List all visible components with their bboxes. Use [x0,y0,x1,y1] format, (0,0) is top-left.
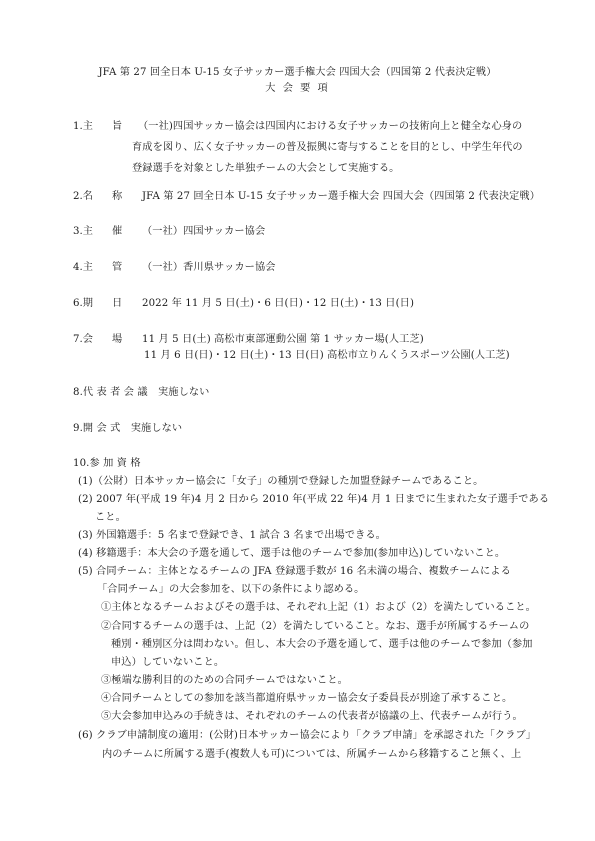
section-6-text: 2022 年 11 月 5 日(土)・6 日(日)・12 日(土)・13 日(日… [142,297,414,311]
section-3-label: 催 [112,225,122,239]
eligibility-item: (1)（公財）日本サッカー協会に「女子」の種別で登録した加盟登録チームであること… [78,475,483,489]
section-9-text: 9.開 会 式 実施しない [73,422,182,436]
eligibility-item: 申込）していないこと。 [111,656,224,670]
section-2-number: 2.名 [73,190,93,204]
eligibility-item: 種別・種別区分は問わない。但し、本大会の予選を通して、選手は他のチームで参加（参… [111,638,533,652]
document-title: JFA 第 27 回全日本 U-15 女子サッカー選手権大会 四国大会（四国第 … [0,66,595,80]
eligibility-item: (6) クラブ申請制度の適用：(公財)日本サッカー協会により「クラブ申請」を承認… [78,729,536,743]
eligibility-item: こと。 [95,511,126,525]
section-7-label: 場 [112,333,122,347]
section-3-text: （一社）四国サッカー協会 [142,225,265,239]
section-1-number: 1.主 [73,120,93,134]
section-8-text: 8.代 表 者 会 議 実施しない [73,386,209,400]
eligibility-item: 「合同チーム」の大会参加を、以下の条件により認める。 [97,583,364,597]
eligibility-item: ④合同チームとしての参加を該当都道府県サッカー協会女子委員長が別途了承すること。 [101,692,512,706]
document-subtitle: 大 会 要 項 [0,82,595,96]
eligibility-item: ⑤大会参加申込みの手続きは、それぞれのチームの代表者が協議の上、代表チームが行う… [101,710,523,724]
section-6-label: 日 [112,297,122,311]
section-1-line: （一社)四国サッカー協会は四国内における女子サッカーの技術向上と健全な心身の [138,120,522,134]
eligibility-item: (3) 外国籍選手：5 名まで登録でき、1 試合 3 名まで出場できる。 [78,529,386,543]
section-4-number: 4.主 [73,261,93,275]
eligibility-item: (4) 移籍選手：本大会の予選を通して、選手は他のチームで参加(参加申込)してい… [78,547,505,561]
section-3-number: 3.主 [73,225,93,239]
section-1-label: 旨 [112,120,122,134]
section-6-number: 6.期 [73,297,93,311]
section-10-heading: 10.参 加 資 格 [73,457,141,471]
eligibility-item: ②合同するチームの選手は、上記（2）を満たしていること。なお、選手が所属するチー… [101,620,529,634]
section-7-line: 11 月 5 日(土) 高松市東部運動公園 第 1 サッカー場(人工芝) [142,333,424,347]
eligibility-item: ③極端な勝利目的のための合同チームではないこと。 [101,674,348,688]
eligibility-item: (5) 合同チーム：主体となるチームの JFA 登録選手数が 16 名未満の場合… [78,565,511,579]
section-2-label: 称 [112,190,122,204]
eligibility-item: ①主体となるチームおよびその選手は、それぞれ上記（1）および（2）を満たしている… [101,601,536,615]
section-2-text: JFA 第 27 回全日本 U-15 女子サッカー選手権大会 四国大会（四国第 … [142,190,540,204]
section-4-text: （一社）香川県サッカー協会 [142,261,276,275]
section-1-line: 登録選手を対象とした単独チームの大会として実施する。 [132,162,399,176]
section-7-line: 11 月 6 日(日)・12 日(土)・13 日(日) 高松市立りんくうスポーツ… [144,349,510,363]
section-4-label: 管 [112,261,122,275]
section-7-number: 7.会 [73,333,93,347]
section-1-line: 育成を図り、広く女子サッカーの普及振興に寄与することを目的とし、中学生年代の [132,141,523,155]
eligibility-item: 内のチームに所属する選手(複数人も可)については、所属チームから移籍すること無く… [102,748,521,762]
eligibility-item: (2) 2007 年(平成 19 年)4 月 2 日から 2010 年(平成 2… [78,493,549,507]
